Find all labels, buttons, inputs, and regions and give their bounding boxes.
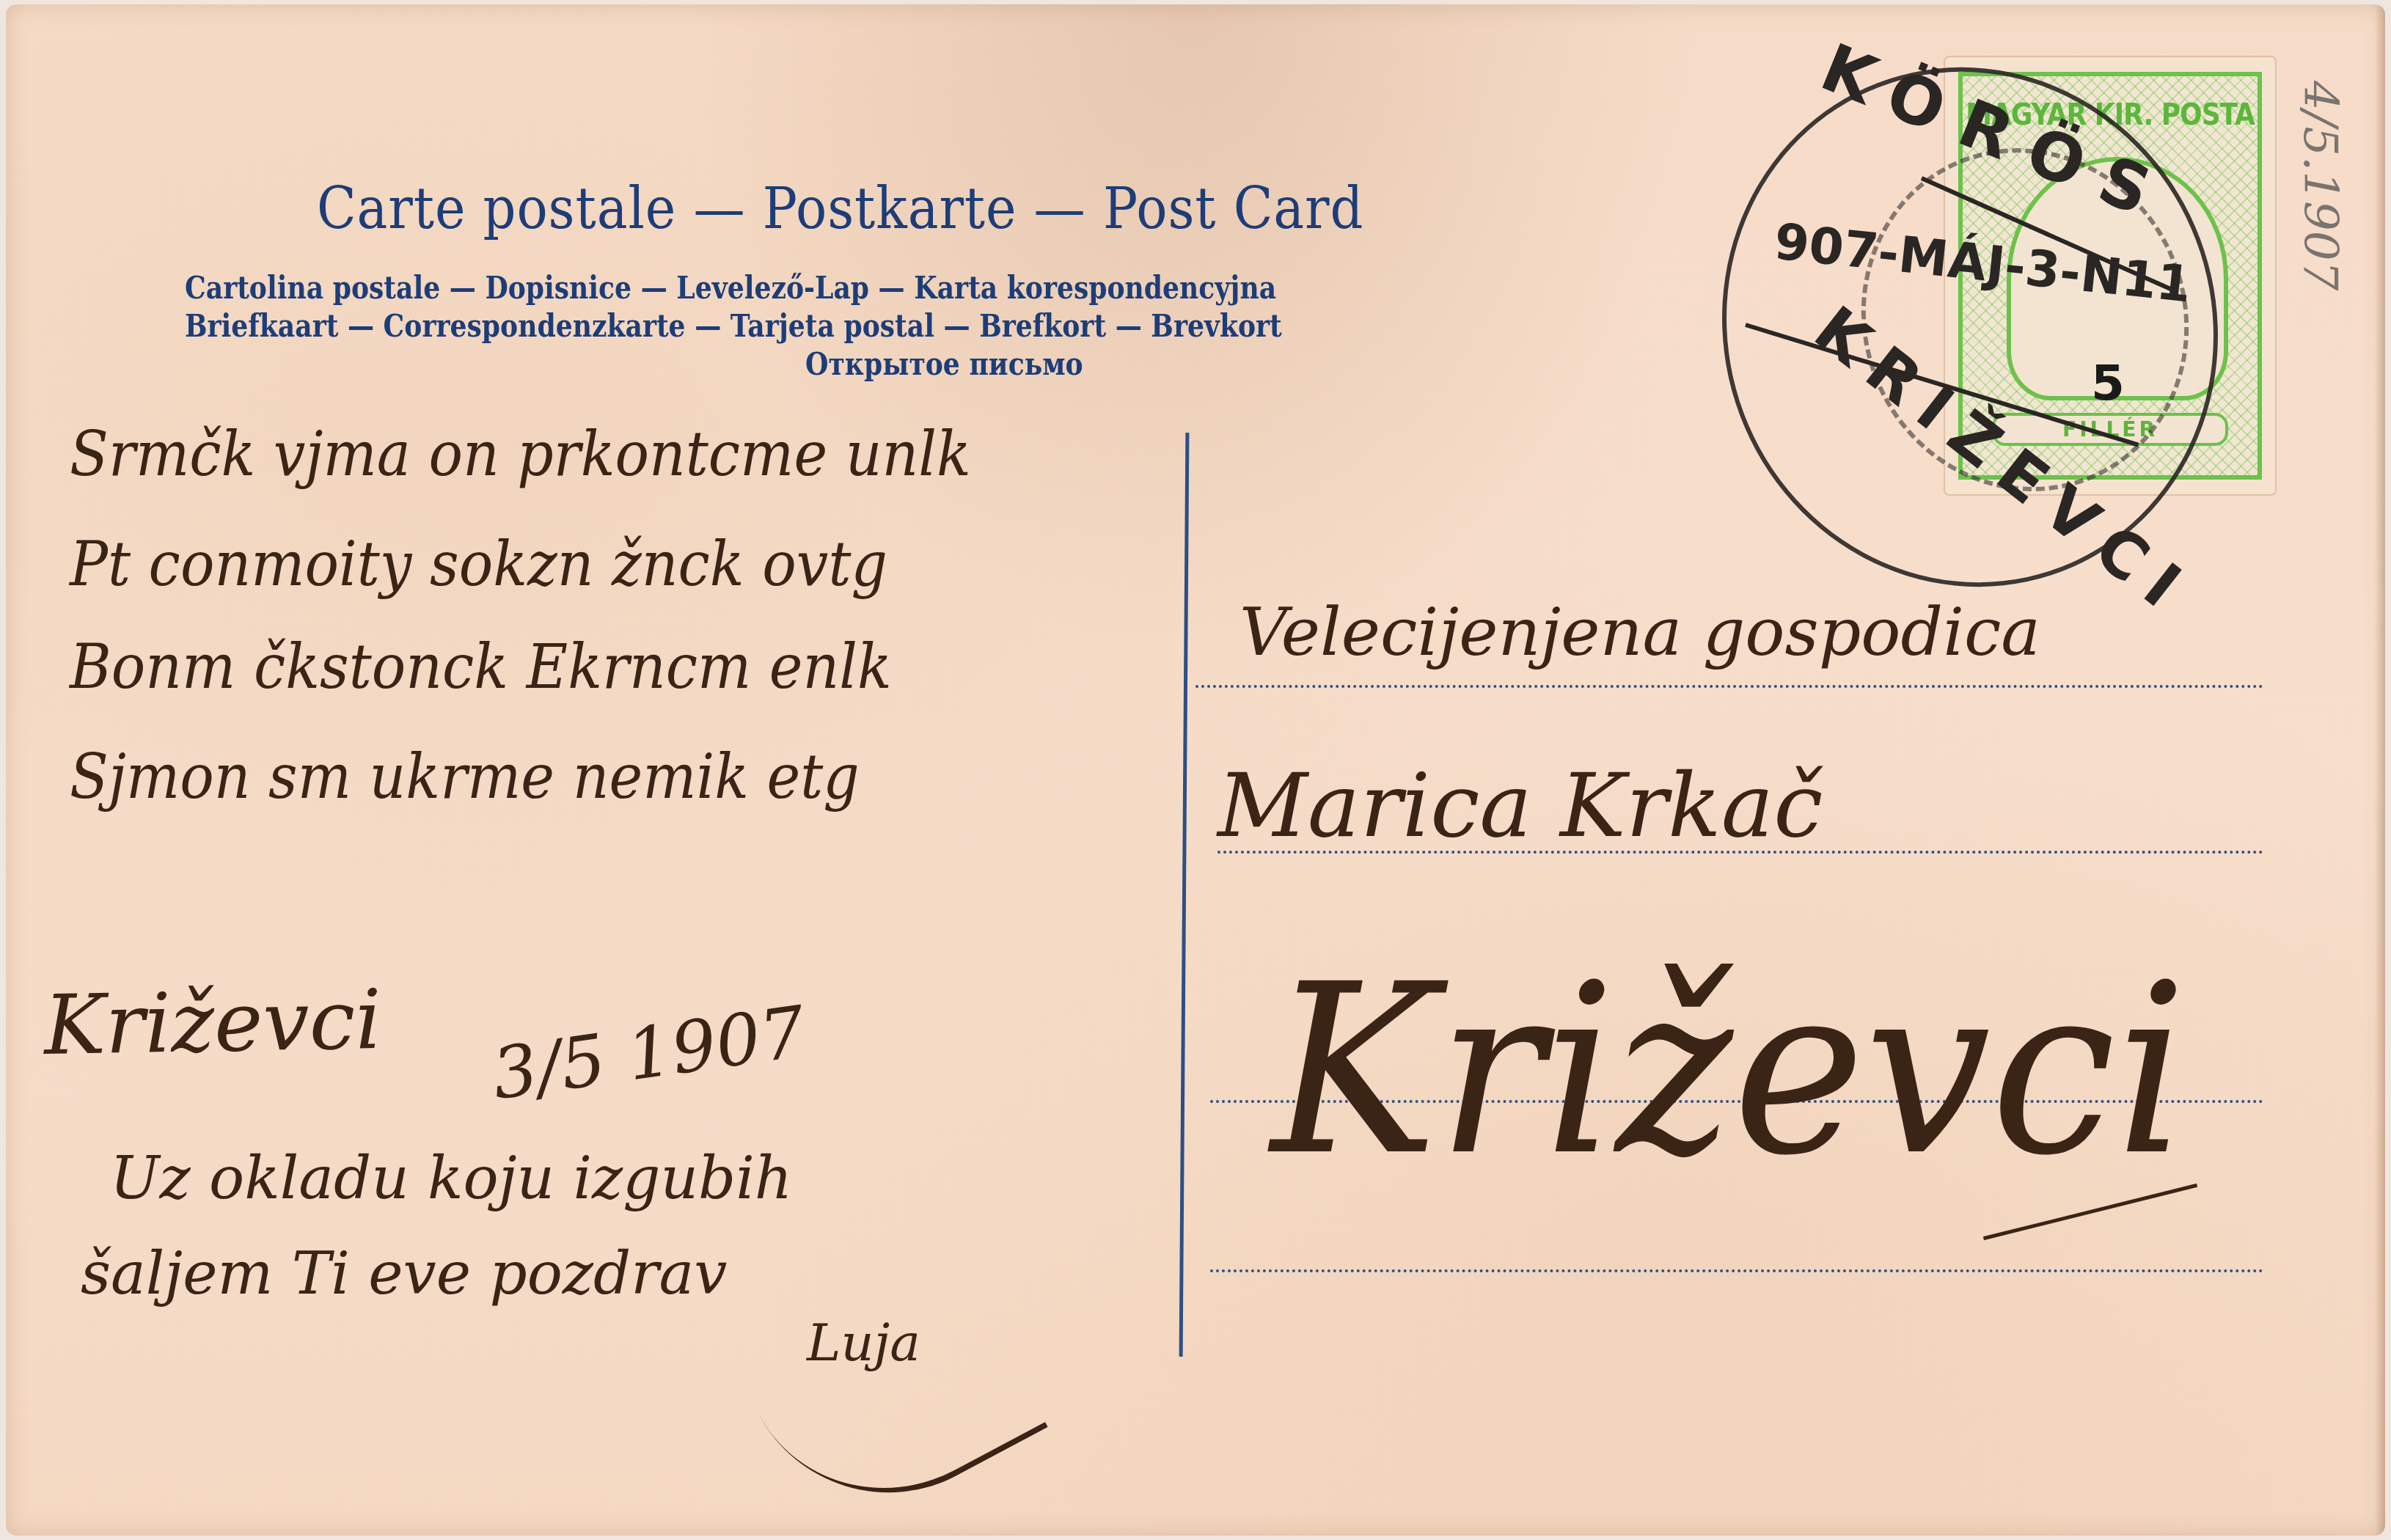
printed-subtitle-line-3: Открытое письмо <box>805 346 1083 382</box>
pencil-date-note: 4/5.1907 <box>2293 81 2347 290</box>
message-line: Bonm čkstonck Ekrncm enlk <box>70 631 892 703</box>
printed-subtitle-line-2: Briefkaart — Correspondenzkarte — Tarjet… <box>185 308 1282 344</box>
message-line: Srmčk vjma on prkontcme unlk <box>70 418 971 490</box>
address-line-1 <box>1195 685 2263 688</box>
address-city: Križevci <box>1271 953 2187 1188</box>
address-name: Marica Krkač <box>1218 755 1823 857</box>
card-edge <box>2375 4 2385 1536</box>
closing-line: šaljem Ti eve pozdrav <box>81 1239 727 1308</box>
printed-subtitle-line-1: Cartolina postale — Dopisnice — Levelező… <box>185 270 1276 306</box>
message-line: Pt conmoity sokzn žnck ovtg <box>70 528 887 600</box>
address-salutation: Velecijenjena gospodica <box>1240 594 2040 671</box>
message-place: Križevci <box>43 972 382 1074</box>
printed-title: Carte postale — Postkarte — Post Card <box>317 176 1363 242</box>
message-line: Sjmon sm ukrme nemik etg <box>70 741 860 813</box>
address-line-4 <box>1210 1269 2263 1272</box>
closing-line: Uz okladu koju izgubih <box>110 1144 792 1212</box>
